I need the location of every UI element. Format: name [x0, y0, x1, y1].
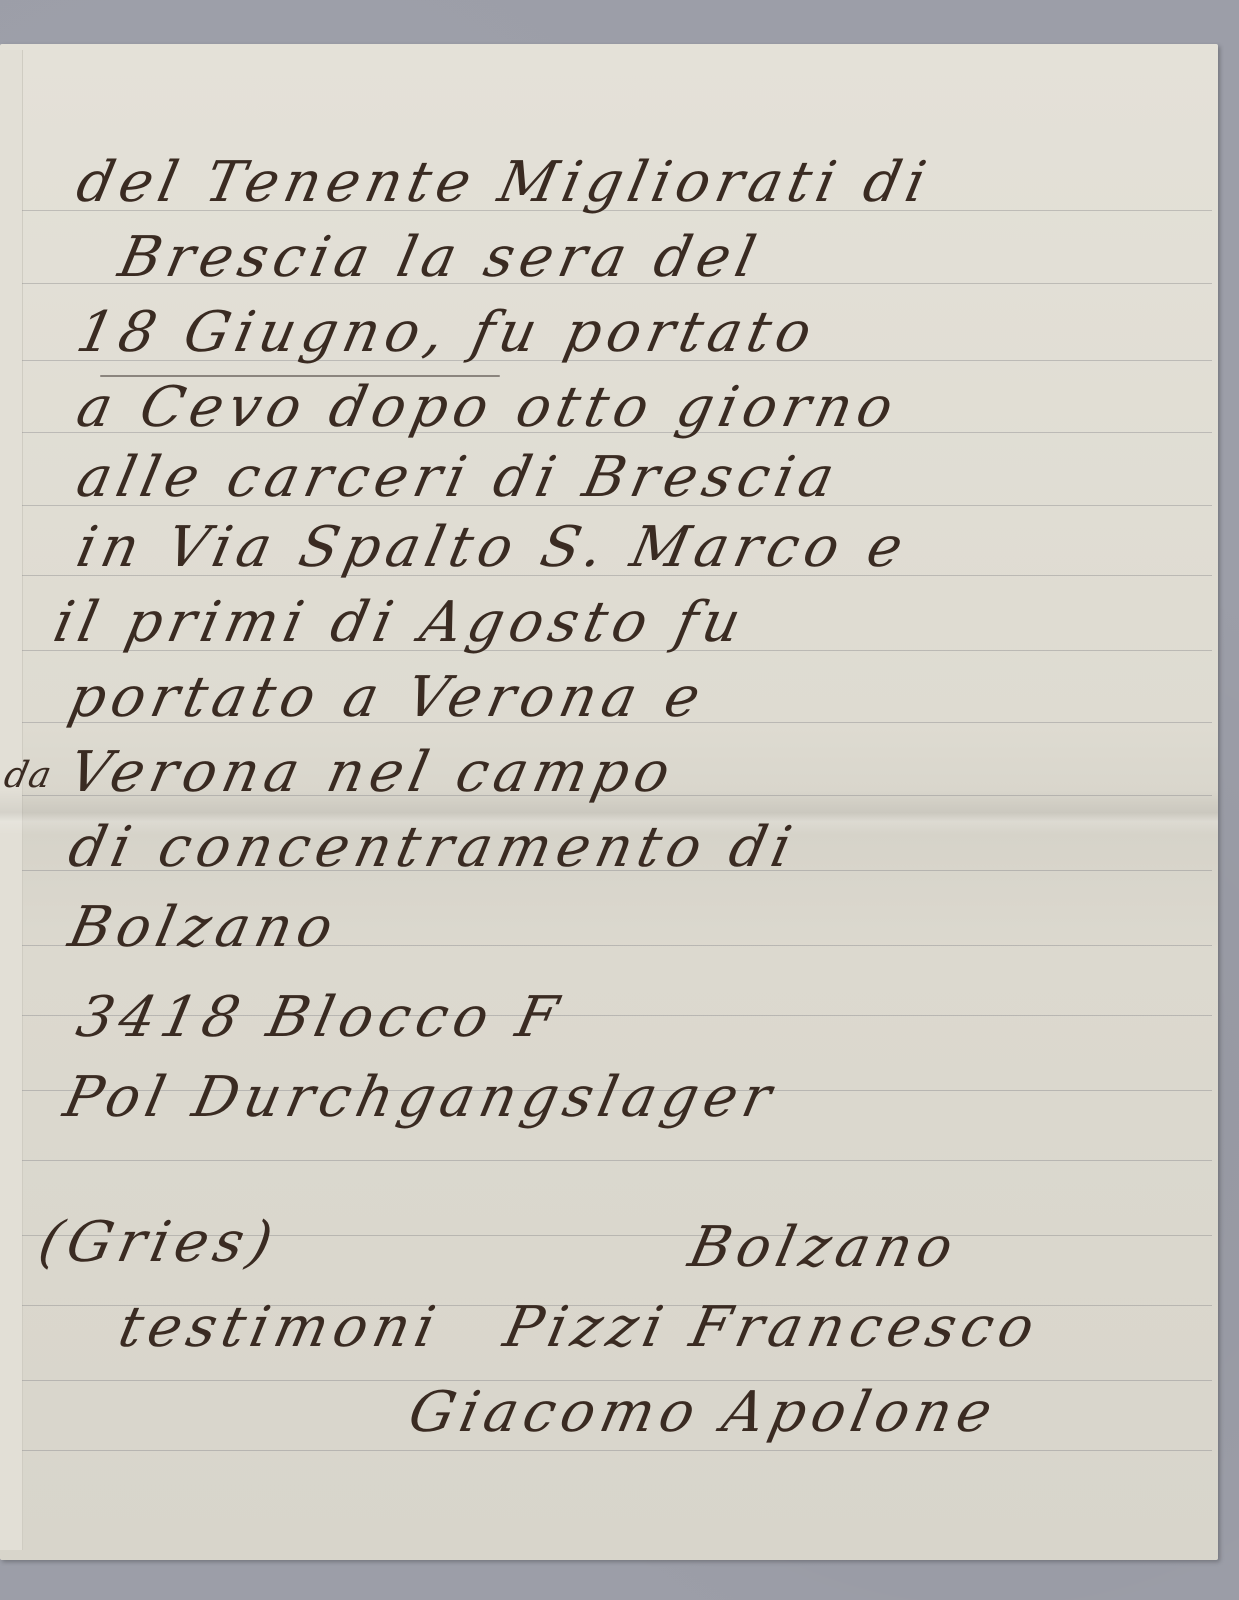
witnesses-label: testimoni: [113, 1295, 446, 1360]
witness-2-name: Giacomo Apolone: [403, 1380, 1003, 1445]
letter-line-7: il primi di Agosto fu: [48, 590, 752, 655]
letter-line-2: Brescia la sera del: [113, 225, 767, 290]
letter-line-12: 3418 Blocco F: [71, 985, 569, 1050]
letter-line-9: Verona nel campo: [63, 740, 681, 805]
letter-line-13: Pol Durchgangslager: [58, 1065, 783, 1130]
letter-line-10: di concentramento di: [63, 815, 803, 880]
rule-line: [22, 1450, 1212, 1451]
closing-place: Bolzano: [683, 1215, 964, 1280]
witness-1-name: Pizzi Francesco: [498, 1295, 1046, 1360]
letter-line-8: portato a Verona e: [63, 665, 712, 730]
letter-line-6: in Via Spalto S. Marco e: [71, 515, 914, 580]
closing-parenthetical: (Gries): [33, 1210, 284, 1275]
letter-line-5: alle carceri di Brescia: [71, 445, 845, 510]
letter-line-4: a Cevo dopo otto giorno: [71, 375, 904, 440]
letter-line-1: del Tenente Migliorati di: [71, 150, 937, 215]
letter-line-3: 18 Giugno, fu portato: [71, 300, 823, 365]
letter-line-11: Bolzano: [63, 895, 344, 960]
margin-insertion: da: [1, 755, 56, 796]
rule-line: [22, 1160, 1212, 1161]
